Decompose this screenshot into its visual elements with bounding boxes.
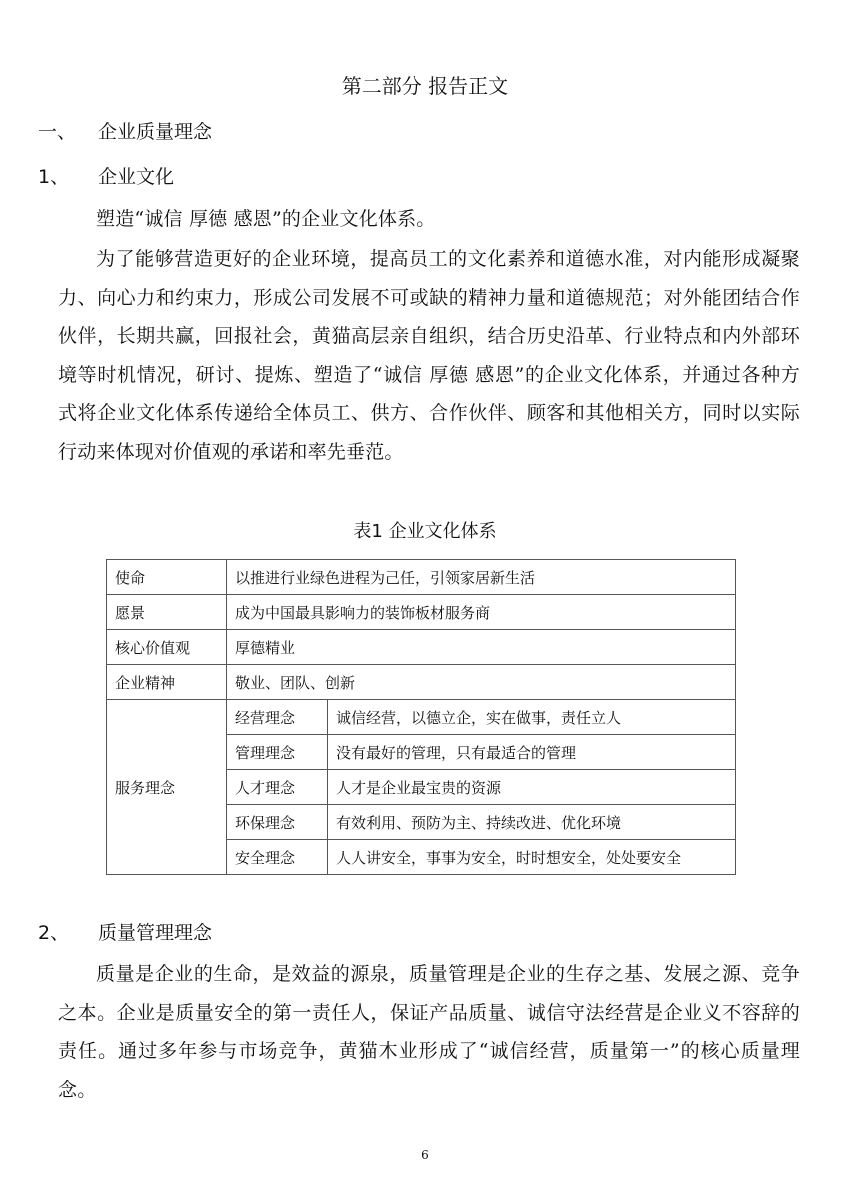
sub-value: 没有最好的管理，只有最适合的管理 xyxy=(328,735,736,770)
table-row: 企业精神 敬业、团队、创新 xyxy=(107,665,736,700)
table-caption: 表1 企业文化体系 xyxy=(0,517,850,543)
page-number: 6 xyxy=(0,1148,850,1162)
sub-value: 人才是企业最宝贵的资源 xyxy=(328,770,736,805)
table-row: 愿景 成为中国最具影响力的装饰板材服务商 xyxy=(107,595,736,630)
subsection-number: 2、 xyxy=(38,918,98,945)
paragraph-quality-concept: 质量是企业的生命，是效益的源泉，质量管理是企业的生存之基、发展之源、竞争之本。企… xyxy=(58,955,800,1109)
table-row: 使命 以推进行业绿色进程为己任，引领家居新生活 xyxy=(107,560,736,595)
sub-value: 诚信经营，以德立企，实在做事，责任立人 xyxy=(328,700,736,735)
sub-value: 有效利用、预防为主、持续改进、优化环境 xyxy=(328,805,736,840)
row-value: 成为中国最具影响力的装饰板材服务商 xyxy=(227,595,736,630)
section-title: 企业质量理念 xyxy=(98,121,212,143)
row-label: 使命 xyxy=(107,560,227,595)
row-label: 愿景 xyxy=(107,595,227,630)
culture-table: 使命 以推进行业绿色进程为己任，引领家居新生活 愿景 成为中国最具影响力的装饰板… xyxy=(106,559,736,875)
subsection-heading-1: 1、企业文化 xyxy=(38,162,174,189)
table-row: 服务理念 经营理念 诚信经营，以德立企，实在做事，责任立人 xyxy=(107,700,736,735)
subsection-number: 1、 xyxy=(38,162,98,189)
paragraph-culture-slogan: 塑造“诚信 厚德 感恩”的企业文化体系。 xyxy=(58,200,800,239)
table-row: 核心价值观 厚德精业 xyxy=(107,630,736,665)
row-label: 企业精神 xyxy=(107,665,227,700)
sub-label: 人才理念 xyxy=(227,770,328,805)
section-heading-1: 一、企业质量理念 xyxy=(38,117,212,144)
sub-label: 管理理念 xyxy=(227,735,328,770)
row-value: 以推进行业绿色进程为己任，引领家居新生活 xyxy=(227,560,736,595)
sub-label: 环保理念 xyxy=(227,805,328,840)
subsection-title: 企业文化 xyxy=(98,166,174,188)
page-title: 第二部分 报告正文 xyxy=(0,70,850,99)
row-label: 核心价值观 xyxy=(107,630,227,665)
paragraph-culture-body: 为了能够营造更好的企业环境，提高员工的文化素养和道德水准，对内能形成凝聚力、向心… xyxy=(58,240,800,471)
sub-label: 经营理念 xyxy=(227,700,328,735)
row-value: 厚德精业 xyxy=(227,630,736,665)
subsection-title: 质量管理理念 xyxy=(98,922,212,944)
section-number: 一、 xyxy=(38,117,98,144)
subsection-heading-2: 2、质量管理理念 xyxy=(38,918,212,945)
service-concept-label: 服务理念 xyxy=(107,700,227,875)
sub-label: 安全理念 xyxy=(227,840,328,875)
sub-value: 人人讲安全，事事为安全，时时想安全，处处要安全 xyxy=(328,840,736,875)
row-value: 敬业、团队、创新 xyxy=(227,665,736,700)
